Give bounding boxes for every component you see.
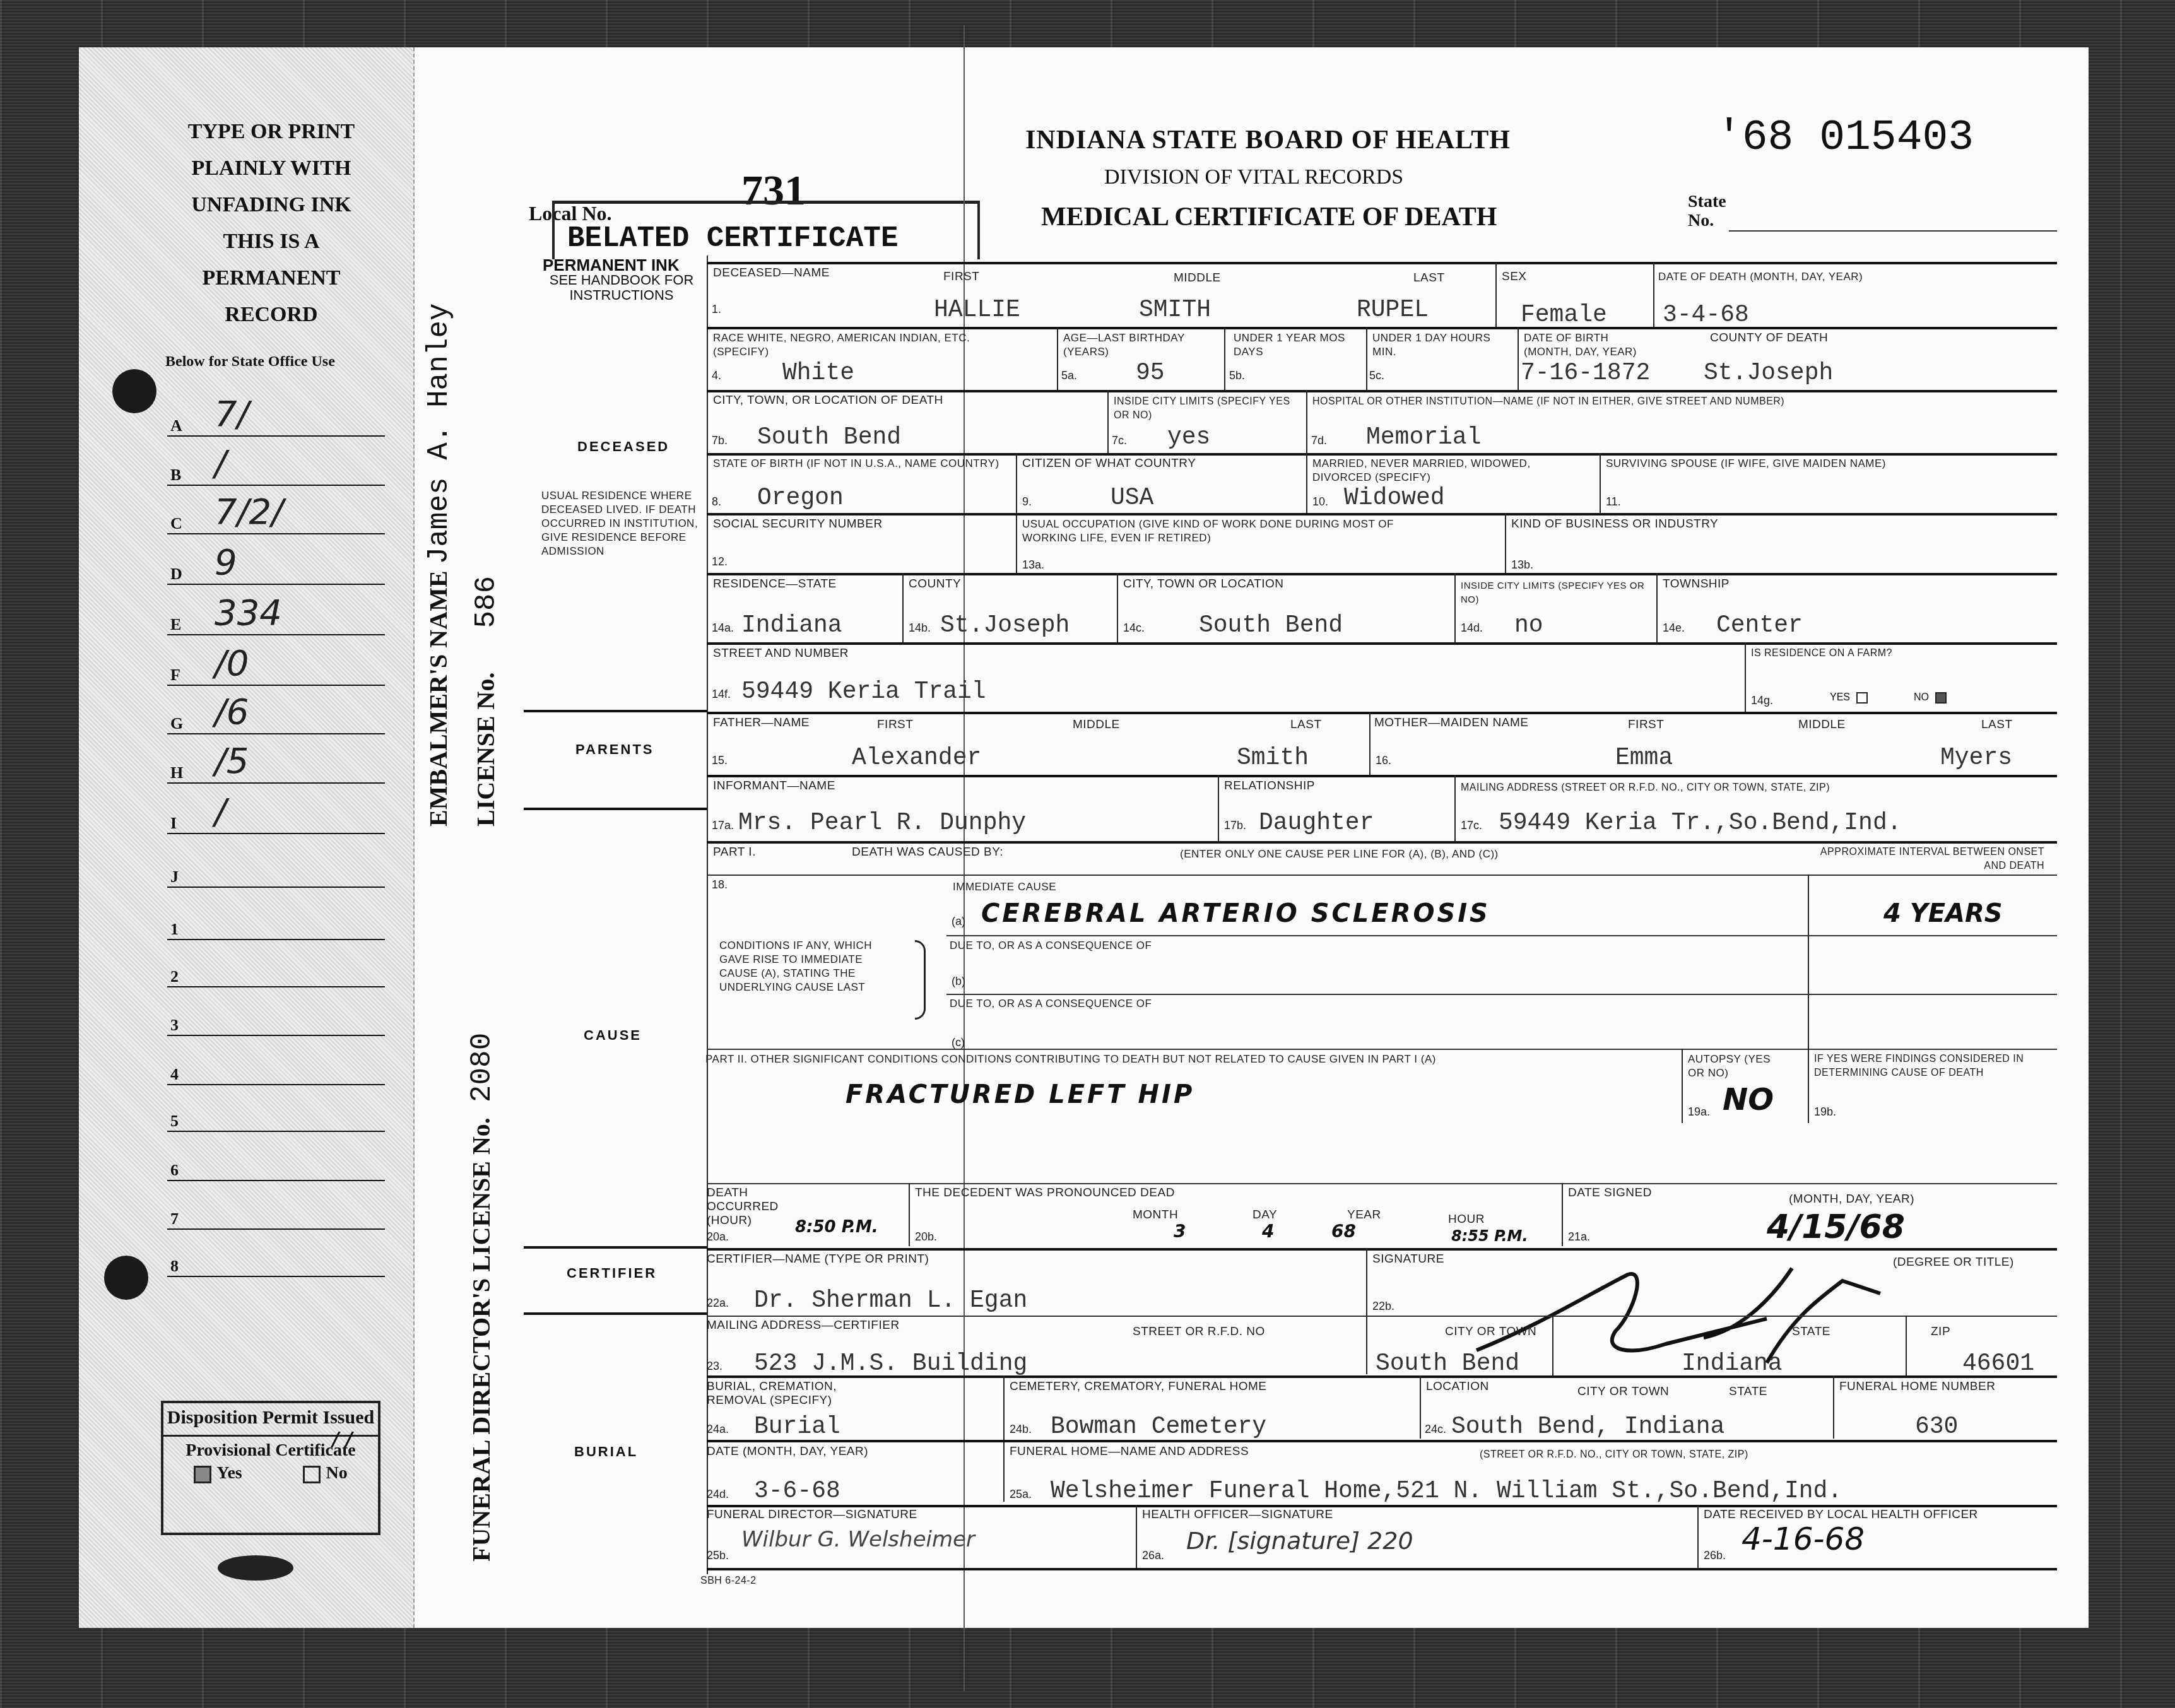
label-location-state: STATE bbox=[1729, 1385, 1767, 1399]
field-number: 19b. bbox=[1814, 1105, 1836, 1119]
field-number: 7d. bbox=[1311, 434, 1327, 447]
label-under-1-day: UNDER 1 DAY HOURS MIN. bbox=[1372, 331, 1499, 359]
field-father-first[interactable]: Alexander bbox=[852, 745, 981, 772]
label-street-rfd: STREET OR R.F.D. NO bbox=[1133, 1325, 1265, 1339]
cell-rule bbox=[1117, 573, 1118, 642]
stub-code-key: 5 bbox=[170, 1112, 179, 1131]
field-certifier[interactable]: Dr. Sherman L. Egan bbox=[754, 1287, 1027, 1314]
instruction-line: THIS IS A bbox=[158, 223, 385, 260]
field-res-city[interactable]: South Bend bbox=[1199, 612, 1343, 639]
stub-code-key: J bbox=[170, 868, 179, 886]
field-number: 5c. bbox=[1369, 369, 1384, 382]
stub-code-line bbox=[167, 533, 385, 534]
stub-code-key: E bbox=[170, 615, 181, 634]
farm-options: YES NO bbox=[1830, 692, 1952, 704]
cell-rule bbox=[1306, 390, 1307, 453]
stub-code-key: 1 bbox=[170, 920, 179, 939]
stub-code-line bbox=[167, 485, 385, 486]
label-hospital: HOSPITAL OR OTHER INSTITUTION—NAME (IF N… bbox=[1312, 395, 1784, 409]
label-mailing-certifier: MAILING ADDRESS—CERTIFIER bbox=[707, 1319, 900, 1333]
state-no-line bbox=[1729, 230, 2057, 232]
field-number: 14b. bbox=[909, 621, 931, 635]
label-due-to-c: DUE TO, OR AS A CONSEQUENCE OF bbox=[950, 997, 1152, 1011]
label-date-of-death: DATE OF DEATH (MONTH, DAY, YEAR) bbox=[1658, 270, 1863, 284]
stub-code-line bbox=[167, 886, 385, 888]
divider bbox=[524, 1246, 707, 1249]
cell-rule bbox=[1808, 1049, 1809, 1123]
field-cause-a-interval[interactable]: 4 YEARS bbox=[1883, 899, 2003, 928]
cell-rule bbox=[1366, 1248, 1367, 1374]
stub-code-line bbox=[167, 435, 385, 437]
field-number: 26a. bbox=[1142, 1549, 1164, 1562]
label-month-day-year: (MONTH, DAY, YEAR) bbox=[1789, 1193, 1914, 1206]
agency-title: INDIANA STATE BOARD OF HEALTH bbox=[1025, 125, 1511, 155]
disposition-permit-label: Disposition Permit Issued bbox=[163, 1403, 378, 1428]
field-number: 1. bbox=[712, 303, 721, 316]
label-farm: IS RESIDENCE ON A FARM? bbox=[1751, 647, 1892, 661]
stub-code-line bbox=[167, 1180, 385, 1181]
label-findings: IF YES WERE FINDINGS CONSIDERED IN DETER… bbox=[1814, 1052, 2048, 1080]
embalmer-name: James A. Hanley bbox=[423, 303, 456, 564]
field-health-officer-signature[interactable]: Dr. [signature] 220 bbox=[1186, 1527, 1413, 1555]
field-pronounced-hour[interactable]: 8:55 P.M. bbox=[1451, 1227, 1528, 1245]
field-number: 25b. bbox=[707, 1549, 729, 1562]
field-first-name[interactable]: HALLIE bbox=[934, 297, 1020, 324]
field-number: 14e. bbox=[1663, 621, 1685, 635]
provisional-options: Yes No bbox=[163, 1463, 378, 1483]
label-father-middle: MIDDLE bbox=[1073, 718, 1120, 732]
field-other-conditions[interactable]: FRACTURED LEFT HIP bbox=[846, 1080, 1194, 1109]
label-township: TOWNSHIP bbox=[1663, 577, 1730, 591]
field-number: 17c. bbox=[1461, 819, 1482, 832]
field-number: 24b. bbox=[1010, 1423, 1032, 1436]
label-autopsy: AUTOPSY (YES OR NO) bbox=[1688, 1052, 1776, 1080]
row-rule bbox=[707, 775, 2057, 777]
cell-rule bbox=[1224, 327, 1225, 390]
stub-code-line bbox=[167, 733, 385, 734]
field-age[interactable]: 95 bbox=[1136, 360, 1165, 387]
cell-rule bbox=[1808, 875, 1809, 1061]
label-day: DAY bbox=[1253, 1208, 1277, 1222]
field-marital[interactable]: Widowed bbox=[1344, 485, 1445, 512]
cell-rule bbox=[1003, 1375, 1005, 1502]
section-certifier: CERTIFIER bbox=[567, 1265, 657, 1281]
row-rule bbox=[707, 262, 2057, 264]
label-marital: MARRIED, NEVER MARRIED, WIDOWED, DIVORCE… bbox=[1312, 457, 1584, 485]
field-certifier-street[interactable]: 523 J.M.S. Building bbox=[754, 1350, 1027, 1377]
stub-code-value[interactable]: 9 bbox=[215, 542, 237, 583]
label-citizen-of: CITIZEN OF WHAT COUNTRY bbox=[1022, 457, 1196, 471]
field-cause-a[interactable]: CEREBRAL ARTERIO SCLEROSIS bbox=[981, 899, 1490, 928]
label-first: FIRST bbox=[943, 270, 979, 284]
cell-rule bbox=[1366, 327, 1367, 390]
stub-code-value[interactable]: /5 bbox=[215, 741, 249, 782]
field-number: 7c. bbox=[1112, 434, 1127, 447]
field-certifier-city[interactable]: South Bend bbox=[1376, 1350, 1519, 1377]
farm-yes-label: YES bbox=[1830, 692, 1850, 703]
field-city-of-death[interactable]: South Bend bbox=[757, 424, 901, 451]
field-number: 16. bbox=[1376, 754, 1391, 767]
field-number: 18. bbox=[712, 878, 728, 892]
cell-rule bbox=[1057, 327, 1058, 390]
provisional-yes-option[interactable]: Yes bbox=[194, 1463, 242, 1483]
field-middle-name[interactable]: SMITH bbox=[1139, 297, 1211, 324]
farm-no-label: NO bbox=[1914, 692, 1929, 703]
cell-rule bbox=[1600, 453, 1601, 513]
label-cemetery: CEMETERY, CREMATORY, FUNERAL HOME bbox=[1010, 1380, 1267, 1394]
stub-code-line bbox=[167, 1276, 385, 1277]
punch-hole-bottom bbox=[104, 1256, 148, 1300]
funeral-director-license: FUNERAL DIRECTOR'S LICENSE No. 2080 bbox=[466, 1033, 498, 1562]
field-number: 14f. bbox=[712, 688, 731, 701]
label-father: FATHER—NAME bbox=[713, 716, 810, 730]
label-conditions: CONDITIONS IF ANY, WHICH GAVE RISE TO IM… bbox=[719, 939, 902, 994]
cell-rule bbox=[902, 573, 904, 642]
stub-code-line bbox=[167, 986, 385, 987]
field-pronounced-month[interactable]: 3 bbox=[1174, 1221, 1186, 1242]
division-title: DIVISION OF VITAL RECORDS bbox=[1104, 165, 1403, 189]
row-rule bbox=[707, 642, 2057, 645]
field-sex[interactable]: Female bbox=[1521, 302, 1607, 329]
field-funeral-director-signature[interactable]: Wilbur G. Welsheimer bbox=[741, 1527, 975, 1552]
serial-number: '68 015403 bbox=[1716, 114, 1974, 162]
embalmer-label: EMBALMER'S NAME James A. Hanley bbox=[423, 303, 456, 827]
label-date-of-birth: DATE OF BIRTH (MONTH, DAY, YEAR) bbox=[1524, 331, 1650, 359]
row-rule bbox=[707, 875, 2057, 876]
farm-no-checkbox[interactable] bbox=[1935, 692, 1947, 704]
cell-rule bbox=[1552, 1316, 1553, 1375]
divider bbox=[524, 1312, 707, 1315]
label-location-city: CITY OR TOWN bbox=[1577, 1385, 1669, 1399]
label-interval: APPROXIMATE INTERVAL BETWEEN ONSET AND D… bbox=[1817, 845, 2044, 873]
stub-code-value[interactable]: / bbox=[215, 443, 227, 484]
stub-code-value[interactable]: / bbox=[215, 791, 227, 832]
section-burial: BURIAL bbox=[574, 1444, 638, 1460]
stub-code-key: D bbox=[170, 565, 182, 584]
field-informant[interactable]: Mrs. Pearl R. Dunphy bbox=[738, 810, 1026, 837]
cell-rule bbox=[1745, 642, 1746, 712]
field-autopsy[interactable]: NO bbox=[1723, 1082, 1774, 1117]
field-number: (c) bbox=[952, 1036, 965, 1049]
field-number: 8. bbox=[712, 495, 721, 509]
label-funeral-home: FUNERAL HOME—NAME AND ADDRESS bbox=[1010, 1445, 1249, 1459]
cell-rule bbox=[1420, 1375, 1421, 1439]
field-number: 14d. bbox=[1461, 621, 1483, 635]
cell-rule bbox=[1136, 1505, 1137, 1568]
label-ssn: SOCIAL SECURITY NUMBER bbox=[713, 517, 883, 531]
row-rule bbox=[707, 327, 2057, 329]
handbook-note: SEE HANDBOOK FOR INSTRUCTIONS bbox=[543, 273, 700, 303]
label-inside-city-limits: INSIDE CITY LIMITS (SPECIFY YES OR NO) bbox=[1114, 395, 1290, 423]
field-number: 5b. bbox=[1229, 369, 1245, 382]
row-rule bbox=[707, 712, 2057, 714]
field-mother-last[interactable]: Myers bbox=[1940, 745, 2012, 772]
label-signature: SIGNATURE bbox=[1372, 1252, 1444, 1266]
label-hour: HOUR bbox=[1448, 1213, 1485, 1227]
divider bbox=[524, 710, 707, 712]
stub-code-key: C bbox=[170, 514, 182, 533]
stub-code-line bbox=[167, 685, 385, 686]
label-age: AGE—LAST BIRTHDAY (YEARS) bbox=[1063, 331, 1221, 359]
stub-code-value[interactable]: /0 bbox=[215, 643, 249, 684]
field-res-state[interactable]: Indiana bbox=[741, 612, 842, 639]
stub-code-value[interactable]: /6 bbox=[215, 692, 249, 733]
field-number: 14c. bbox=[1123, 621, 1145, 635]
stub-code-key: 3 bbox=[170, 1016, 179, 1035]
label-mother-middle: MIDDLE bbox=[1798, 718, 1846, 732]
label-informant: INFORMANT—NAME bbox=[713, 779, 835, 793]
label-mother: MOTHER—MAIDEN NAME bbox=[1374, 716, 1528, 730]
field-number: 21a. bbox=[1568, 1230, 1590, 1244]
field-county-of-death[interactable]: St.Joseph bbox=[1704, 360, 1833, 387]
instruction-line: RECORD bbox=[158, 297, 385, 333]
cell-rule bbox=[1306, 453, 1307, 513]
field-inside-city-limits[interactable]: yes bbox=[1167, 424, 1210, 451]
stub-code-line bbox=[167, 1228, 385, 1230]
label-pronounced: THE DECEDENT WAS PRONOUNCED DEAD bbox=[915, 1186, 1175, 1200]
field-number: (a) bbox=[952, 915, 965, 928]
label-res-inside: INSIDE CITY LIMITS (SPECIFY YES OR NO) bbox=[1461, 579, 1650, 607]
section-parents: PARENTS bbox=[575, 741, 654, 758]
row-rule bbox=[707, 1505, 2057, 1507]
label-health-officer-sig: HEALTH OFFICER—SIGNATURE bbox=[1142, 1508, 1333, 1522]
label-burial-date: DATE (MONTH, DAY, YEAR) bbox=[707, 1445, 868, 1459]
field-burial-date[interactable]: 3-6-68 bbox=[754, 1478, 840, 1505]
label-occupation: USUAL OCCUPATION (GIVE KIND OF WORK DONE… bbox=[1022, 517, 1420, 545]
cell-rule bbox=[1505, 513, 1506, 573]
stub-code-line bbox=[167, 939, 385, 940]
field-father-last[interactable]: Smith bbox=[1237, 745, 1309, 772]
field-number: 14a. bbox=[712, 621, 734, 635]
row-rule bbox=[707, 1049, 2057, 1050]
field-hospital[interactable]: Memorial bbox=[1366, 424, 1481, 451]
label-last: LAST bbox=[1413, 271, 1445, 285]
field-township[interactable]: Center bbox=[1716, 612, 1803, 639]
label-under-1-year: UNDER 1 YEAR MOS DAYS bbox=[1234, 331, 1360, 359]
label-location: LOCATION bbox=[1426, 1380, 1489, 1394]
cell-rule bbox=[1454, 573, 1456, 642]
field-number: 26b. bbox=[1704, 1549, 1726, 1562]
field-cemetery-location[interactable]: South Bend, Indiana bbox=[1451, 1413, 1724, 1440]
label-race: RACE WHITE, NEGRO, AMERICAN INDIAN, ETC.… bbox=[713, 331, 1016, 359]
row-rule bbox=[707, 1568, 2057, 1570]
cell-rule bbox=[909, 1183, 910, 1246]
stub-code-line bbox=[167, 584, 385, 585]
label-fh-address-hint: (STREET OR R.F.D. NO., CITY OR TOWN, STA… bbox=[1480, 1448, 1748, 1462]
field-date-of-death[interactable]: 3-4-68 bbox=[1663, 302, 1749, 329]
stub-code-line bbox=[167, 833, 385, 834]
stub-code-key: A bbox=[170, 416, 182, 435]
stub-code-key: 8 bbox=[170, 1257, 179, 1276]
stub-code-line bbox=[167, 782, 385, 784]
stub-code-value[interactable]: 7/ bbox=[215, 394, 249, 435]
label-state: STATE bbox=[1792, 1325, 1830, 1339]
belated-certificate-stamp: BELATED CERTIFICATE bbox=[552, 201, 980, 259]
field-number: 20b. bbox=[915, 1230, 937, 1244]
field-relationship[interactable]: Daughter bbox=[1259, 810, 1374, 837]
punch-hole-top bbox=[112, 369, 156, 413]
label-funeral-home-number: FUNERAL HOME NUMBER bbox=[1839, 1380, 1995, 1394]
field-number: 20a. bbox=[707, 1230, 729, 1244]
field-pronounced-day[interactable]: 4 bbox=[1262, 1221, 1274, 1242]
cell-rule bbox=[1653, 262, 1654, 328]
stub-code-value[interactable]: 7/2/ bbox=[215, 492, 283, 533]
label-burial-type: BURIAL, CREMATION, REMOVAL (SPECIFY) bbox=[707, 1380, 877, 1408]
label-zip: ZIP bbox=[1931, 1325, 1950, 1339]
field-number: 5a. bbox=[1061, 369, 1077, 382]
stub-code-key: B bbox=[170, 466, 181, 485]
field-res-county[interactable]: St.Joseph bbox=[940, 612, 1070, 639]
instruction-line: UNFADING INK bbox=[158, 187, 385, 223]
field-res-inside[interactable]: no bbox=[1514, 612, 1543, 639]
field-death-hour[interactable]: 8:50 P.M. bbox=[795, 1218, 878, 1237]
stub-code-key: 7 bbox=[170, 1210, 179, 1228]
row-rule bbox=[707, 841, 2057, 844]
checkbox-empty-icon[interactable] bbox=[303, 1466, 321, 1483]
label-deceased-name: DECEASED—NAME bbox=[713, 266, 830, 280]
row-rule bbox=[946, 935, 2057, 936]
row-rule bbox=[707, 1316, 2057, 1317]
bracket-icon bbox=[915, 940, 926, 1020]
field-burial-type[interactable]: Burial bbox=[754, 1413, 840, 1440]
field-citizen-of[interactable]: USA bbox=[1111, 485, 1153, 512]
field-number: 14g. bbox=[1751, 694, 1773, 707]
field-informant-address[interactable]: 59449 Keria Tr.,So.Bend,Ind. bbox=[1499, 810, 1902, 837]
cell-rule bbox=[1454, 775, 1456, 841]
label-mother-last: LAST bbox=[1981, 718, 2013, 732]
label-funeral-director-sig: FUNERAL DIRECTOR—SIGNATURE bbox=[707, 1508, 917, 1522]
cell-rule bbox=[1656, 573, 1658, 642]
stub-code-line bbox=[167, 1131, 385, 1132]
label-mother-first: FIRST bbox=[1628, 718, 1664, 732]
embalmer-license: LICENSE No. 586 bbox=[470, 576, 503, 827]
field-number: 9. bbox=[1022, 495, 1032, 509]
label-surviving-spouse: SURVIVING SPOUSE (IF WIFE, GIVE MAIDEN N… bbox=[1606, 457, 1886, 471]
cell-rule bbox=[1697, 1505, 1699, 1568]
field-pronounced-year[interactable]: 68 bbox=[1331, 1221, 1356, 1242]
divider bbox=[524, 808, 707, 810]
label-father-first: FIRST bbox=[877, 718, 913, 732]
farm-yes-checkbox[interactable] bbox=[1856, 692, 1868, 704]
label-date-signed: DATE SIGNED bbox=[1568, 1186, 1652, 1200]
field-number: 24a. bbox=[707, 1423, 729, 1436]
state-no-label: State No. bbox=[1688, 192, 1732, 230]
section-cause: CAUSE bbox=[584, 1027, 642, 1044]
field-race[interactable]: White bbox=[782, 360, 854, 387]
field-number: 23. bbox=[707, 1360, 722, 1373]
stub-instructions: TYPE OR PRINT PLAINLY WITH UNFADING INK … bbox=[158, 114, 385, 333]
field-certifier-zip[interactable]: 46601 bbox=[1962, 1350, 2034, 1377]
cell-rule bbox=[1369, 712, 1370, 775]
field-number: 11. bbox=[1606, 495, 1621, 509]
cell-rule bbox=[1107, 390, 1109, 453]
label-county-of-death: COUNTY OF DEATH bbox=[1710, 331, 1828, 345]
label-res-city: CITY, TOWN OR LOCATION bbox=[1123, 577, 1284, 591]
label-year: YEAR bbox=[1347, 1208, 1381, 1222]
field-last-name[interactable]: RUPEL bbox=[1357, 297, 1429, 324]
field-number: 17b. bbox=[1224, 819, 1246, 832]
label-state-of-birth: STATE OF BIRTH (IF NOT IN U.S.A., NAME C… bbox=[713, 457, 1010, 471]
label-mailing: MAILING ADDRESS (STREET OR R.F.D. NO., C… bbox=[1461, 781, 1830, 795]
stub-code-key: I bbox=[170, 814, 177, 833]
label-city-or-town: CITY OR TOWN bbox=[1445, 1325, 1536, 1339]
field-number: 7b. bbox=[712, 434, 728, 447]
checkbox-checked-icon[interactable] bbox=[194, 1466, 211, 1483]
cell-rule bbox=[1518, 327, 1519, 390]
field-date-signed[interactable]: 4/15/68 bbox=[1767, 1208, 1905, 1246]
field-date-of-birth[interactable]: 7-16-1872 bbox=[1521, 360, 1650, 387]
field-cemetery[interactable]: Bowman Cemetery bbox=[1051, 1413, 1266, 1440]
stub-code-line bbox=[167, 1035, 385, 1036]
form-id: SBH 6-24-2 bbox=[700, 1574, 757, 1588]
label-death-caused-by: DEATH WAS CAUSED BY: bbox=[852, 845, 1003, 859]
label-res-state: RESIDENCE—STATE bbox=[713, 577, 837, 591]
field-certifier-state[interactable]: Indiana bbox=[1682, 1350, 1783, 1377]
row-rule bbox=[707, 390, 2057, 392]
stub-code-key: 6 bbox=[170, 1161, 179, 1180]
provisional-no-label: No bbox=[326, 1463, 347, 1483]
label-city-of-death: CITY, TOWN, OR LOCATION OF DEATH bbox=[713, 394, 943, 408]
field-street[interactable]: 59449 Keria Trail bbox=[741, 678, 986, 705]
label-due-to-b: DUE TO, OR AS A CONSEQUENCE OF bbox=[950, 939, 1152, 953]
label-date-received: DATE RECEIVED BY LOCAL HEALTH OFFICER bbox=[1704, 1508, 1978, 1522]
row-rule bbox=[707, 1248, 2057, 1251]
embalmer-license-number: 586 bbox=[470, 576, 503, 628]
field-number: 22a. bbox=[707, 1297, 729, 1310]
row-rule bbox=[707, 453, 2057, 456]
label-sex: SEX bbox=[1502, 270, 1527, 284]
field-number: 24c. bbox=[1425, 1423, 1446, 1436]
field-funeral-home-number[interactable]: 630 bbox=[1915, 1413, 1958, 1440]
cell-rule bbox=[1562, 1183, 1563, 1246]
field-number: 13a. bbox=[1022, 558, 1044, 572]
field-number: 25a. bbox=[1010, 1488, 1032, 1501]
instruction-line: PERMANENT bbox=[158, 260, 385, 297]
field-funeral-home[interactable]: Welsheimer Funeral Home,521 N. William S… bbox=[1051, 1478, 1842, 1505]
fd-license-label: FUNERAL DIRECTOR'S LICENSE No. bbox=[467, 1117, 495, 1562]
field-mother-first[interactable]: Emma bbox=[1615, 745, 1673, 772]
certificate-title: MEDICAL CERTIFICATE OF DEATH bbox=[1041, 202, 1497, 232]
row-rule bbox=[707, 573, 2057, 575]
disposition-permit-box: Disposition Permit Issued / / Provisiona… bbox=[161, 1401, 380, 1535]
field-state-of-birth[interactable]: Oregon bbox=[757, 485, 844, 512]
label-enter-one-cause: (ENTER ONLY ONE CAUSE PER LINE FOR (a), … bbox=[1180, 847, 1499, 861]
field-number: 22b. bbox=[1372, 1300, 1394, 1313]
label-part-2: PART II. OTHER SIGNIFICANT CONDITIONS CO… bbox=[705, 1052, 1658, 1066]
field-number: 4. bbox=[712, 369, 721, 382]
label-month: MONTH bbox=[1133, 1208, 1178, 1222]
row-rule bbox=[707, 1440, 2057, 1442]
instruction-line: PLAINLY WITH bbox=[158, 150, 385, 187]
field-date-received[interactable]: 4-16-68 bbox=[1742, 1521, 1865, 1557]
provisional-no-option[interactable]: No bbox=[303, 1463, 347, 1483]
field-number: 15. bbox=[712, 754, 728, 767]
stub-code-key: 4 bbox=[170, 1065, 179, 1084]
label-middle: MIDDLE bbox=[1174, 271, 1221, 285]
stub-code-key: G bbox=[170, 714, 183, 733]
label-relationship: RELATIONSHIP bbox=[1224, 779, 1315, 793]
embalmer-license-label: LICENSE No. bbox=[471, 672, 500, 827]
stub-code-line bbox=[167, 634, 385, 635]
field-number: (b) bbox=[952, 975, 965, 988]
cell-rule bbox=[1833, 1375, 1834, 1439]
label-business: KIND OF BUSINESS OR INDUSTRY bbox=[1511, 517, 1718, 531]
label-part-1: PART I. bbox=[713, 845, 756, 859]
row-rule bbox=[946, 994, 2057, 995]
stub-code-value[interactable]: 334 bbox=[215, 592, 282, 633]
cell-rule bbox=[1218, 775, 1219, 841]
field-number: 17a. bbox=[712, 819, 734, 832]
